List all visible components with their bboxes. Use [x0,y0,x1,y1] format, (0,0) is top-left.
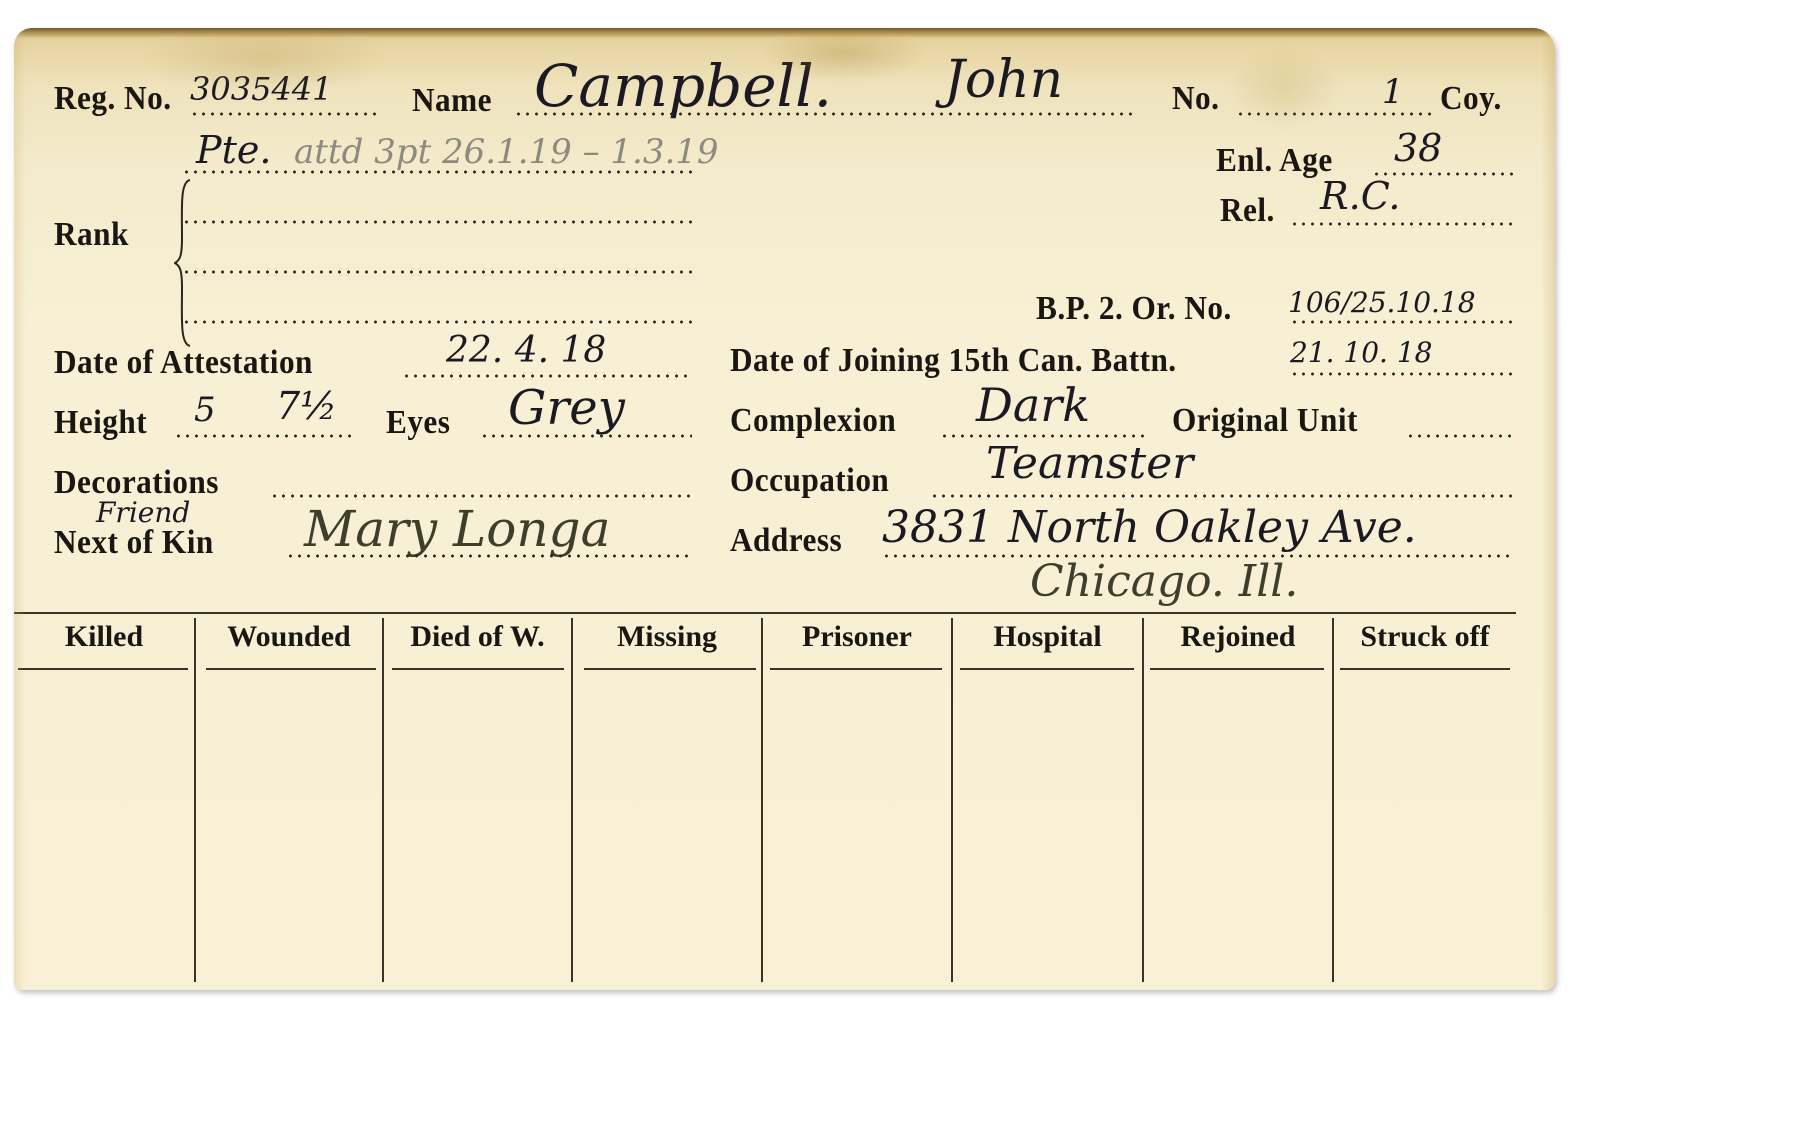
rank-dots-4 [182,320,692,324]
name-dots [514,112,1134,116]
eyes-value: Grey [508,380,625,436]
complexion-value: Dark [976,378,1090,432]
enl-age-label: Enl. Age [1216,142,1333,180]
original-unit-label: Original Unit [1172,402,1358,440]
eyes-dots [480,434,692,438]
address-line1: 3831 North Oakley Ave. [882,502,1417,553]
attestation-label: Date of Attestation [54,344,313,382]
address-label: Address [730,522,842,560]
bp2-dots [1290,320,1514,324]
next-of-kin-value: Mary Longa [304,500,610,558]
joining-value: 21. 10. 18 [1290,336,1433,369]
header-underline [1150,668,1324,670]
next-of-kin-dots [286,554,692,558]
rank-entry: Pte. [196,128,271,172]
coy-dots [1236,112,1436,116]
rel-value: R.C. [1320,174,1401,218]
complexion-label: Complexion [730,402,896,440]
attestation-value: 22. 4. 18 [446,330,606,371]
reg-no-dots [190,112,380,116]
column-header-missing: Missing [573,620,761,654]
column-header-struck-off: Struck off [1334,620,1516,654]
rel-dots [1290,222,1514,226]
height-dots [174,434,356,438]
coy-value: 1 [1382,72,1404,112]
joining-dots [1290,372,1514,376]
column-header-rejoined: Rejoined [1144,620,1332,654]
next-of-kin-label: Next of Kin [54,524,214,562]
rank-label: Rank [54,216,129,254]
header-underline [392,668,564,670]
table-top-rule [14,612,1516,614]
coy-no-label: No. [1172,80,1219,118]
rel-label: Rel. [1220,192,1275,230]
table-body [14,672,1516,982]
header-underline [770,668,942,670]
decorations-dots [270,494,692,498]
header-underline [960,668,1134,670]
height-label: Height [54,404,147,442]
header-underline [1340,668,1510,670]
coy-label: Coy. [1440,80,1502,118]
reg-no-label: Reg. No. [54,80,171,118]
attestation-dots [402,374,692,378]
address-line2: Chicago. Ill. [1030,556,1298,607]
occupation-dots [930,494,1514,498]
occupation-label: Occupation [730,462,889,500]
height-inches: 7½ [276,384,337,428]
name-given: John [944,50,1063,110]
column-header-hospital: Hospital [953,620,1142,654]
header-underline [584,668,756,670]
name-surname: Campbell. [534,52,832,120]
rank-dots-3 [182,270,692,274]
joining-label: Date of Joining 15th Can. Battn. [730,342,1177,380]
enl-age-value: 38 [1394,126,1442,170]
bp2-label: B.P. 2. Or. No. [1036,290,1232,328]
column-header-killed: Killed [14,620,194,654]
header-underline [206,668,376,670]
service-record-card: Reg. No. 3035441 Name Campbell. John No.… [14,28,1555,990]
column-header-died-of-wounds: Died of W. [384,620,571,654]
header-underline [18,668,188,670]
rank-dots-1 [182,170,692,174]
name-label: Name [412,82,492,120]
column-header-prisoner: Prisoner [763,620,951,654]
rank-dots-2 [182,220,692,224]
rank-annotation: attd 3pt 26.1.19 – 1.3.19 [294,132,719,172]
reg-no-value: 3035441 [190,70,333,108]
column-header-wounded: Wounded [196,620,382,654]
height-feet: 5 [194,390,216,430]
eyes-label: Eyes [386,404,450,442]
occupation-value: Teamster [986,438,1193,489]
bp2-value: 106/25.10.18 [1288,286,1476,319]
original-unit-dots [1406,434,1514,438]
